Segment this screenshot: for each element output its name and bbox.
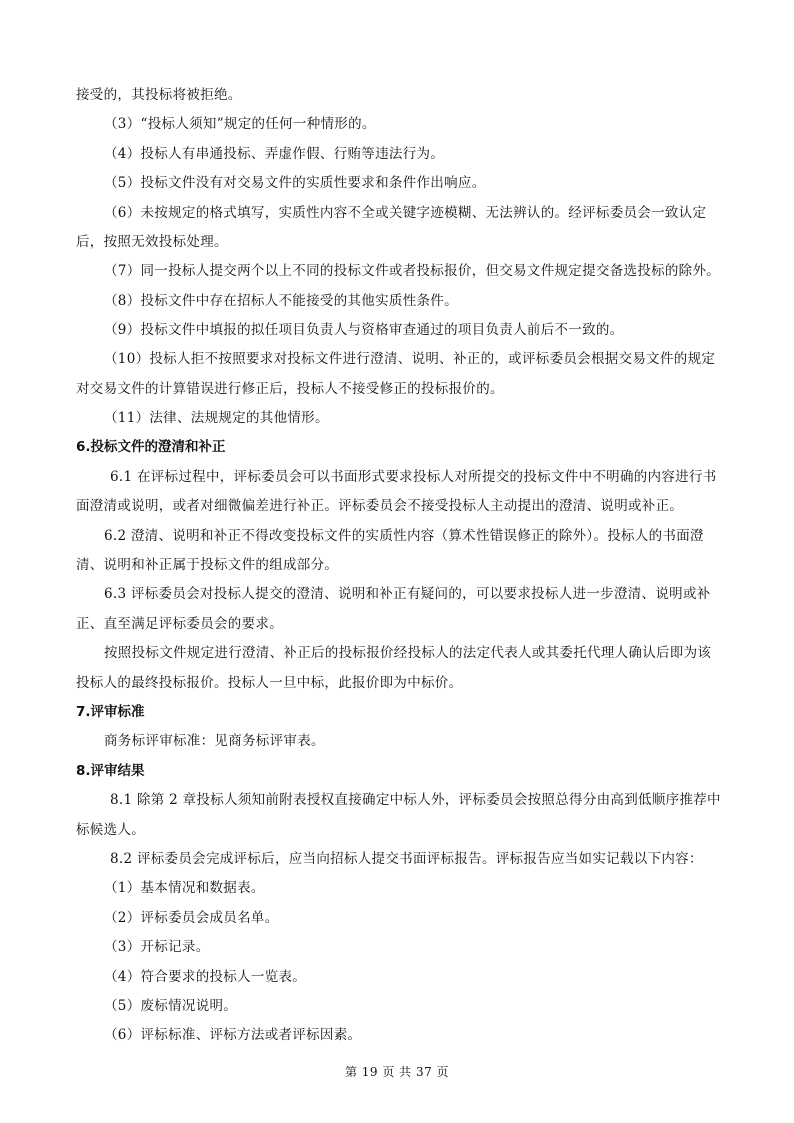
paragraph-evaluation-standard: 商务标评审标准：见商务标评审表。 [104, 732, 325, 750]
clause-6-3: 6.3 评标委员会对投标人提交的澄清、说明和补正有疑问的，可以要求投标人进一步澄… [104, 585, 711, 603]
paragraph-final-price-continuation: 投标人的最终投标报价。投标人一旦中标，此报价即为中标价。 [76, 674, 462, 692]
clause-8-1: 8.1 除第 2 章投标人须知前附表授权直接确定中标人外，评标委员会按照总得分由… [110, 791, 721, 809]
section-heading-8: 8.评审结果 [76, 762, 145, 780]
list-item-8: （8）投标文件中存在招标人不能接受的其他实质性条件。 [104, 292, 458, 310]
list-item-10: （10）投标人拒不按照要求对投标文件进行澄清、说明、补正的，或评标委员会根据交易… [104, 350, 715, 368]
clause-8-1-continuation: 标候选人。 [76, 821, 145, 839]
paragraph-continuation: 接受的，其投标将被拒绝。 [76, 86, 242, 104]
report-item-5: （5）废标情况说明。 [104, 997, 237, 1015]
report-item-6: （6）评标标准、评标方法或者评标因素。 [104, 1026, 361, 1044]
page-number-footer: 第 19 页 共 37 页 [0, 1064, 794, 1080]
clause-8-2: 8.2 评标委员会完成评标后，应当向招标人提交书面评标报告。评标报告应当如实记载… [110, 850, 703, 868]
clause-6-1: 6.1 在评标过程中，评标委员会可以书面形式要求投标人对所提交的投标文件中不明确… [110, 468, 717, 486]
paragraph-final-price: 按照投标文件规定进行澄清、补正后的投标报价经投标人的法定代表人或其委托代理人确认… [104, 644, 711, 662]
clause-6-2-continuation: 清、说明和补正属于投标文件的组成部分。 [76, 556, 338, 574]
list-item-6-continuation: 后，按照无效投标处理。 [76, 233, 228, 251]
list-item-7: （7）同一投标人提交两个以上不同的投标文件或者投标报价，但交易文件规定提交备选投… [104, 262, 720, 280]
report-item-2: （2）评标委员会成员名单。 [104, 909, 279, 927]
section-heading-7: 7.评审标准 [76, 703, 145, 721]
clause-6-3-continuation: 正、直至满足评标委员会的要求。 [76, 615, 283, 633]
report-item-4: （4）符合要求的投标人一览表。 [104, 968, 306, 986]
list-item-5: （5）投标文件没有对交易文件的实质性要求和条件作出响应。 [104, 174, 486, 192]
report-item-3: （3）开标记录。 [104, 938, 210, 956]
clause-6-2: 6.2 澄清、说明和补正不得改变投标文件的实质性内容（算术性错误修正的除外）。投… [104, 527, 704, 545]
report-item-1: （1）基本情况和数据表。 [104, 879, 265, 897]
list-item-11: （11）法律、法规规定的其他情形。 [104, 409, 329, 427]
list-item-6: （6）未按规定的格式填写，实质性内容不全或关键字迹模糊、无法辨认的。经评标委员会… [104, 204, 706, 222]
section-heading-6: 6.投标文件的澄清和补正 [76, 438, 226, 456]
list-item-9: （9）投标文件中填报的拟任项目负责人与资格审查通过的项目负责人前后不一致的。 [104, 321, 624, 339]
clause-6-1-continuation: 面澄清或说明，或者对细微偏差进行补正。评标委员会不接受投标人主动提出的澄清、说明… [76, 497, 683, 515]
list-item-4: （4）投标人有串通投标、弄虚作假、行贿等违法行为。 [104, 145, 444, 163]
document-page: 接受的，其投标将被拒绝。 （3）“投标人须知”规定的任何一种情形的。 （4）投标… [0, 0, 794, 1123]
list-item-3: （3）“投标人须知”规定的任何一种情形的。 [104, 115, 376, 133]
list-item-10-continuation: 对交易文件的计算错误进行修正后，投标人不接受修正的投标报价的。 [76, 380, 504, 398]
